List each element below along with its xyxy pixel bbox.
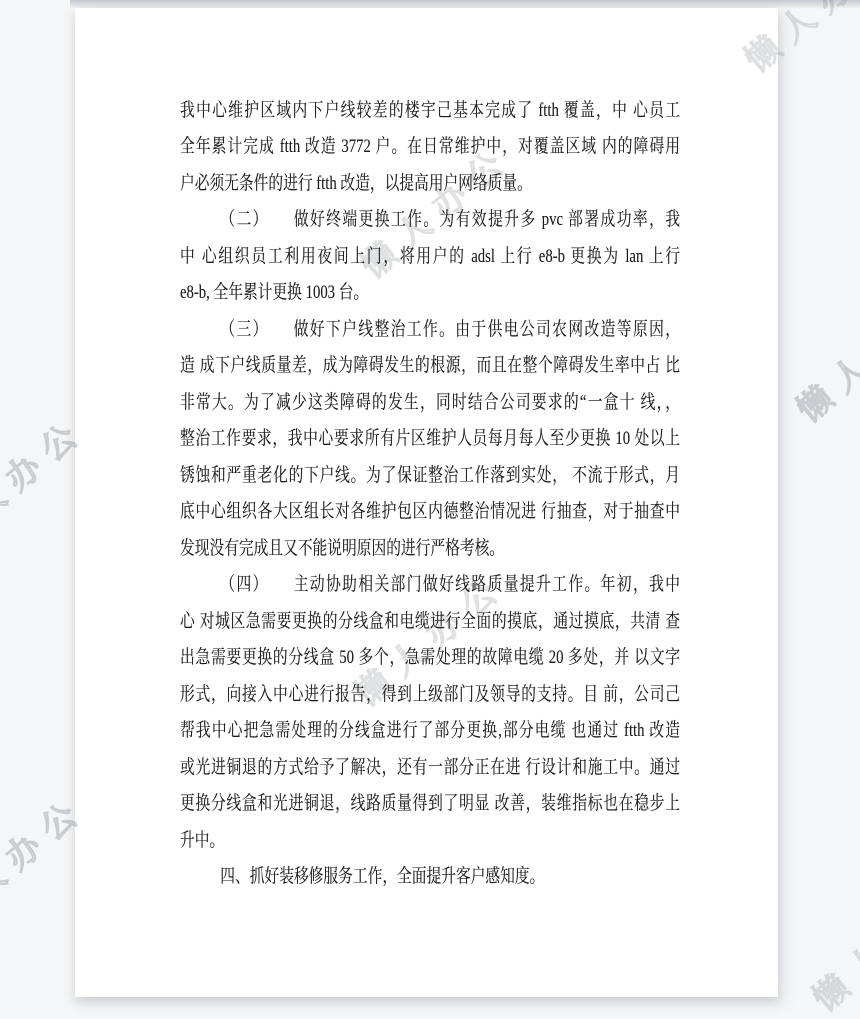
document-viewer: { "viewer": { "background_color": "#f5f6…: [0, 0, 860, 1019]
text-line: 中 心组织员工利用夜间上门，将用户的 adsl 上行 e8-b 更换为 lan …: [180, 239, 680, 276]
text-line: 全年累计完成 ftth 改造 3772 户。在日常维护中，对覆盖区域 内的障碍用: [180, 129, 680, 166]
text-line: 四、抓好装移修服务工作，全面提升客户感知度。: [180, 859, 680, 896]
text-line: 锈蚀和严重老化的下户线。为了保证整治工作落到实处， 不流于形式，月: [180, 458, 680, 495]
text-line: （二） 做好终端更换工作。为有效提升多 pvc 部署成功率，我: [180, 202, 680, 239]
text-line: （三） 做好下户线整治工作。由于供电公司农网改造等原因，: [180, 312, 680, 349]
text-line: 我中心维护区域内下户线较差的楼宇己基本完成了 ftth 覆盖，中 心员工: [180, 93, 680, 130]
text-line: 造 成下户线质量差，成为障碍发生的根源，而且在整个障碍发生率中占 比: [180, 348, 680, 385]
text-line: 底中心组织各大区组长对各维护包区内德整治情况进 行抽查，对于抽查中: [180, 494, 680, 531]
text-line: 非常大。为了减少这类障碍的发生，同时结合公司要求的“一盒十 线，，: [180, 385, 680, 422]
text-line: 形式，向接入中心进行报告，得到上级部门及领导的支持。目 前，公司己: [180, 677, 680, 714]
text-line: 发现没有完成且又不能说明原因的进行严格考核。: [180, 531, 680, 568]
watermark: 懒人办公: [784, 275, 860, 431]
text-line: （四） 主动协助相关部门做好线路质量提升工作。年初，我中: [180, 567, 680, 604]
document-page: 我中心维护区域内下户线较差的楼宇己基本完成了 ftth 覆盖，中 心员工全年累计…: [75, 8, 778, 997]
text-line: 升中。: [180, 823, 680, 860]
watermark: 懒人办公: [800, 864, 860, 1019]
text-line: 整治工作要求，我中心要求所有片区维护人员每月每人至少更换 10 处以上: [180, 421, 680, 458]
text-line: e8-b, 全年累计更换 1003 台。: [180, 275, 680, 312]
text-line: 户必须无条件的进行 ftth 改造，以提高用户网络质量。: [180, 166, 680, 203]
text-line: 帮我中心把急需处理的分线盒进行了部分更换,部分电缆 也通过 ftth 改造: [180, 713, 680, 750]
text-line: 更换分线盒和光进铜退，线路质量得到了明显 改善，装维指标也在稳步上: [180, 786, 680, 823]
text-line: 出急需要更换的分线盒 50 多个，急需处理的故障电缆 20 多处，并 以文字: [180, 640, 680, 677]
document-text: 我中心维护区域内下户线较差的楼宇己基本完成了 ftth 覆盖，中 心员工全年累计…: [180, 93, 680, 896]
text-line: 心 对城区急需要更换的分线盒和电缆进行全面的摸底，通过摸底，共清 查: [180, 604, 680, 641]
text-line: 或光进铜退的方式给予了解决，还有一部分正在进 行设计和施工中。通过: [180, 750, 680, 787]
